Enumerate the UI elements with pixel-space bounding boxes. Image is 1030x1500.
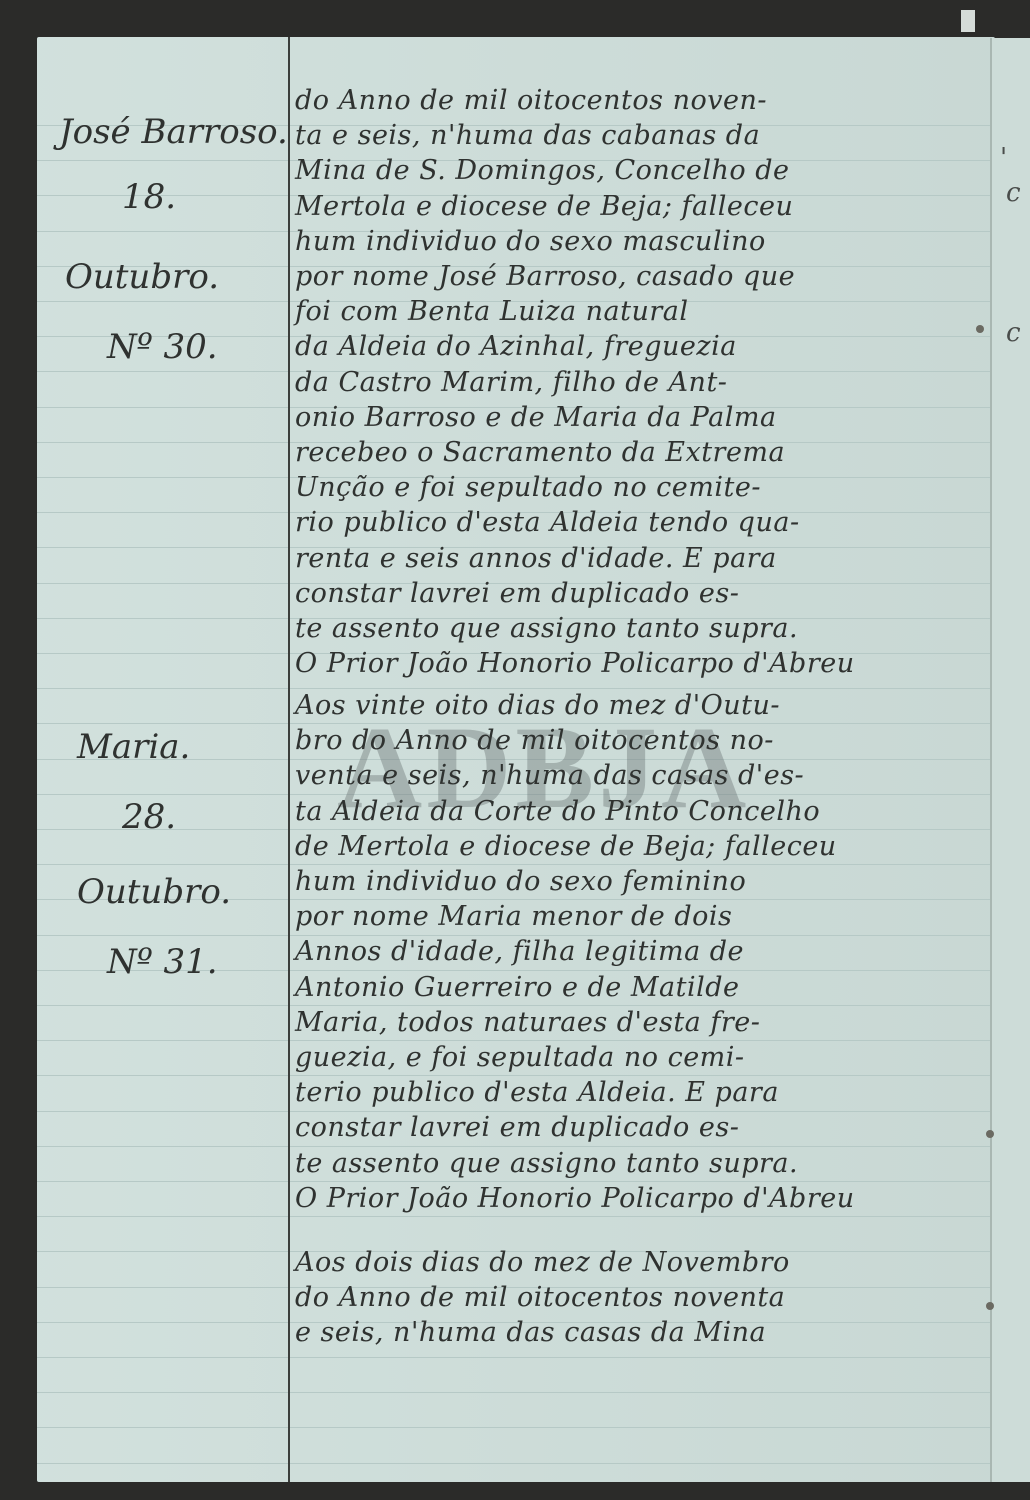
text-line: por nome Maria menor de dois (295, 901, 732, 932)
text-line: de Mertola e diocese de Beja; falleceu (295, 831, 837, 862)
text-line: Aos dois dias do mez de Novembro (295, 1247, 790, 1278)
text-line: guezia, e foi sepultada no cemi- (295, 1042, 745, 1073)
margin-month: Outubro. (65, 257, 219, 297)
register-page: ADBJA José Barroso. 18. Outubro. Nº 30. … (37, 37, 995, 1482)
text-line: Aos vinte oito dias do mez d'Outu- (295, 690, 780, 721)
margin-name: José Barroso. (59, 112, 288, 152)
text-line: venta e seis, n'huma das casas d'es- (295, 760, 804, 791)
ruled-line (37, 864, 995, 865)
text-line: da Castro Marim, filho de Ant- (295, 367, 727, 398)
text-line: do Anno de mil oitocentos noventa (295, 1282, 785, 1313)
ruled-line (37, 1392, 995, 1393)
page-tab-marker (961, 10, 975, 32)
next-page-fragment: c (1006, 178, 1021, 208)
margin-entry-number: Nº 30. (107, 327, 218, 367)
binding-thread (986, 1130, 994, 1138)
margin-entry-number: Nº 31. (107, 942, 218, 982)
text-line: foi com Benta Luiza natural (295, 296, 689, 327)
text-line: do Anno de mil oitocentos noven- (295, 85, 767, 116)
text-line: Unção e foi sepultado no cemite- (295, 472, 761, 503)
text-line: hum individuo do sexo feminino (295, 866, 746, 897)
margin-rule (288, 37, 290, 1482)
ruled-line (37, 1463, 995, 1464)
ruled-line (37, 1216, 995, 1217)
margin-month: Outubro. (77, 872, 231, 912)
text-line: por nome José Barroso, casado que (295, 261, 795, 292)
next-page-edge: ' c c (990, 38, 1030, 1482)
margin-day: 18. (122, 177, 176, 217)
text-line: terio publico d'esta Aldeia. E para (295, 1077, 779, 1108)
text-line: Maria, todos naturaes d'esta fre- (295, 1007, 760, 1038)
text-line: bro do Anno de mil oitocentos no- (295, 725, 774, 756)
text-line: te assento que assigno tanto supra. (295, 1148, 798, 1179)
text-line: onio Barroso e de Maria da Palma (295, 402, 777, 433)
binding-thread (986, 1302, 994, 1310)
text-line: renta e seis annos d'idade. E para (295, 543, 777, 574)
text-line: Antonio Guerreiro e de Matilde (295, 972, 740, 1003)
text-line: Mina de S. Domingos, Concelho de (295, 155, 790, 186)
text-line: rio publico d'esta Aldeia tendo qua- (295, 507, 800, 538)
margin-day: 28. (122, 797, 176, 837)
priest-signature: O Prior João Honorio Policarpo d'Abreu (295, 648, 855, 679)
text-line: constar lavrei em duplicado es- (295, 578, 739, 609)
binding-thread (976, 325, 984, 333)
text-line: e seis, n'huma das casas da Mina (295, 1317, 766, 1348)
text-line: Mertola e diocese de Beja; falleceu (295, 191, 793, 222)
ruled-line (37, 688, 995, 689)
text-line: recebeo o Sacramento da Extrema (295, 437, 785, 468)
text-line: Annos d'idade, filha legitima de (295, 936, 744, 967)
ruled-line (37, 1357, 995, 1358)
text-line: te assento que assigno tanto supra. (295, 613, 798, 644)
text-line: ta Aldeia da Corte do Pinto Concelho (295, 796, 820, 827)
text-line: constar lavrei em duplicado es- (295, 1112, 739, 1143)
ruled-line (37, 1427, 995, 1428)
text-line: hum individuo do sexo masculino (295, 226, 766, 257)
text-line: da Aldeia do Azinhal, freguezia (295, 331, 737, 362)
next-page-fragment: ' (1000, 143, 1007, 173)
priest-signature: O Prior João Honorio Policarpo d'Abreu (295, 1183, 855, 1214)
margin-name: Maria. (77, 727, 190, 767)
next-page-fragment: c (1006, 318, 1021, 348)
text-line: ta e seis, n'huma das cabanas da (295, 120, 760, 151)
ruled-line (37, 1075, 995, 1076)
ruled-line (37, 1040, 995, 1041)
